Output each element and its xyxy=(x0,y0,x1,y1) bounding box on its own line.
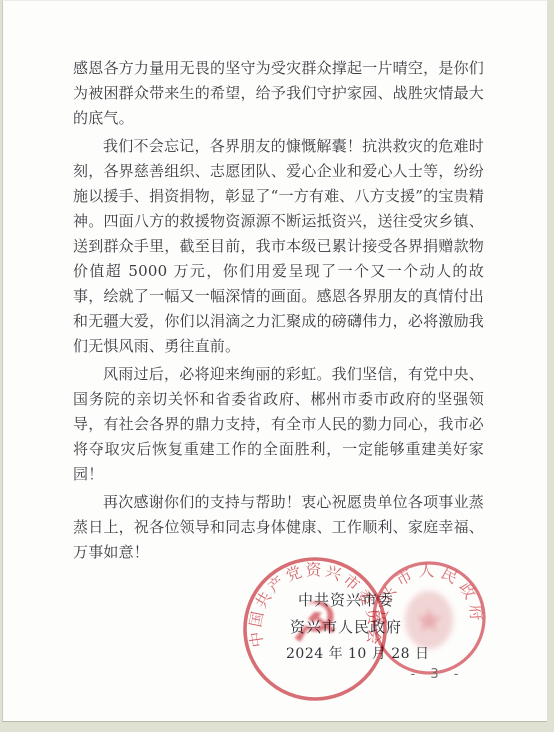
paragraph-4: 再次感谢你们的支持与帮助！衷心祝愿贵单位各项事业蒸蒸日上，祝各位领导和同志身体健… xyxy=(73,490,484,565)
letter-body: 感恩各方力量用无畏的坚守为受灾群众撑起一片晴空，是你们为被困群众带来生的希望，给… xyxy=(73,56,484,568)
paragraph-1: 感恩各方力量用无畏的坚守为受灾群众撑起一片晴空，是你们为被困群众带来生的希望，给… xyxy=(73,56,484,131)
signature-block: 中共资兴市委 资兴市人民政府 2024 年 10 月 28 日 xyxy=(286,587,406,668)
paragraph-3: 风雨过后，必将迎来绚丽的彩虹。我们坚信，有党中央、国务院的亲切关怀和省委省政府、… xyxy=(73,362,484,487)
signature-org-government: 资兴市人民政府 xyxy=(286,614,406,641)
paragraph-2: 我们不会忘记，各界朋友的慷慨解囊！抗洪救灾的危难时刻，各界慈善组织、志愿团队、爱… xyxy=(73,134,484,359)
star-icon: ★ xyxy=(414,601,444,641)
seal-emblem-blot xyxy=(405,591,453,649)
page-number: - 3 - xyxy=(408,667,464,682)
letter-page: 感恩各方力量用无畏的坚守为受灾群众撑起一片晴空，是你们为被困群众带来生的希望，给… xyxy=(2,0,547,722)
signature-org-party: 中共资兴市委 xyxy=(286,587,406,614)
signature-date: 2024 年 10 月 28 日 xyxy=(286,641,406,668)
scanned-document: 感恩各方力量用无畏的坚守为受灾群众撑起一片晴空，是你们为被困群众带来生的希望，给… xyxy=(0,0,554,732)
